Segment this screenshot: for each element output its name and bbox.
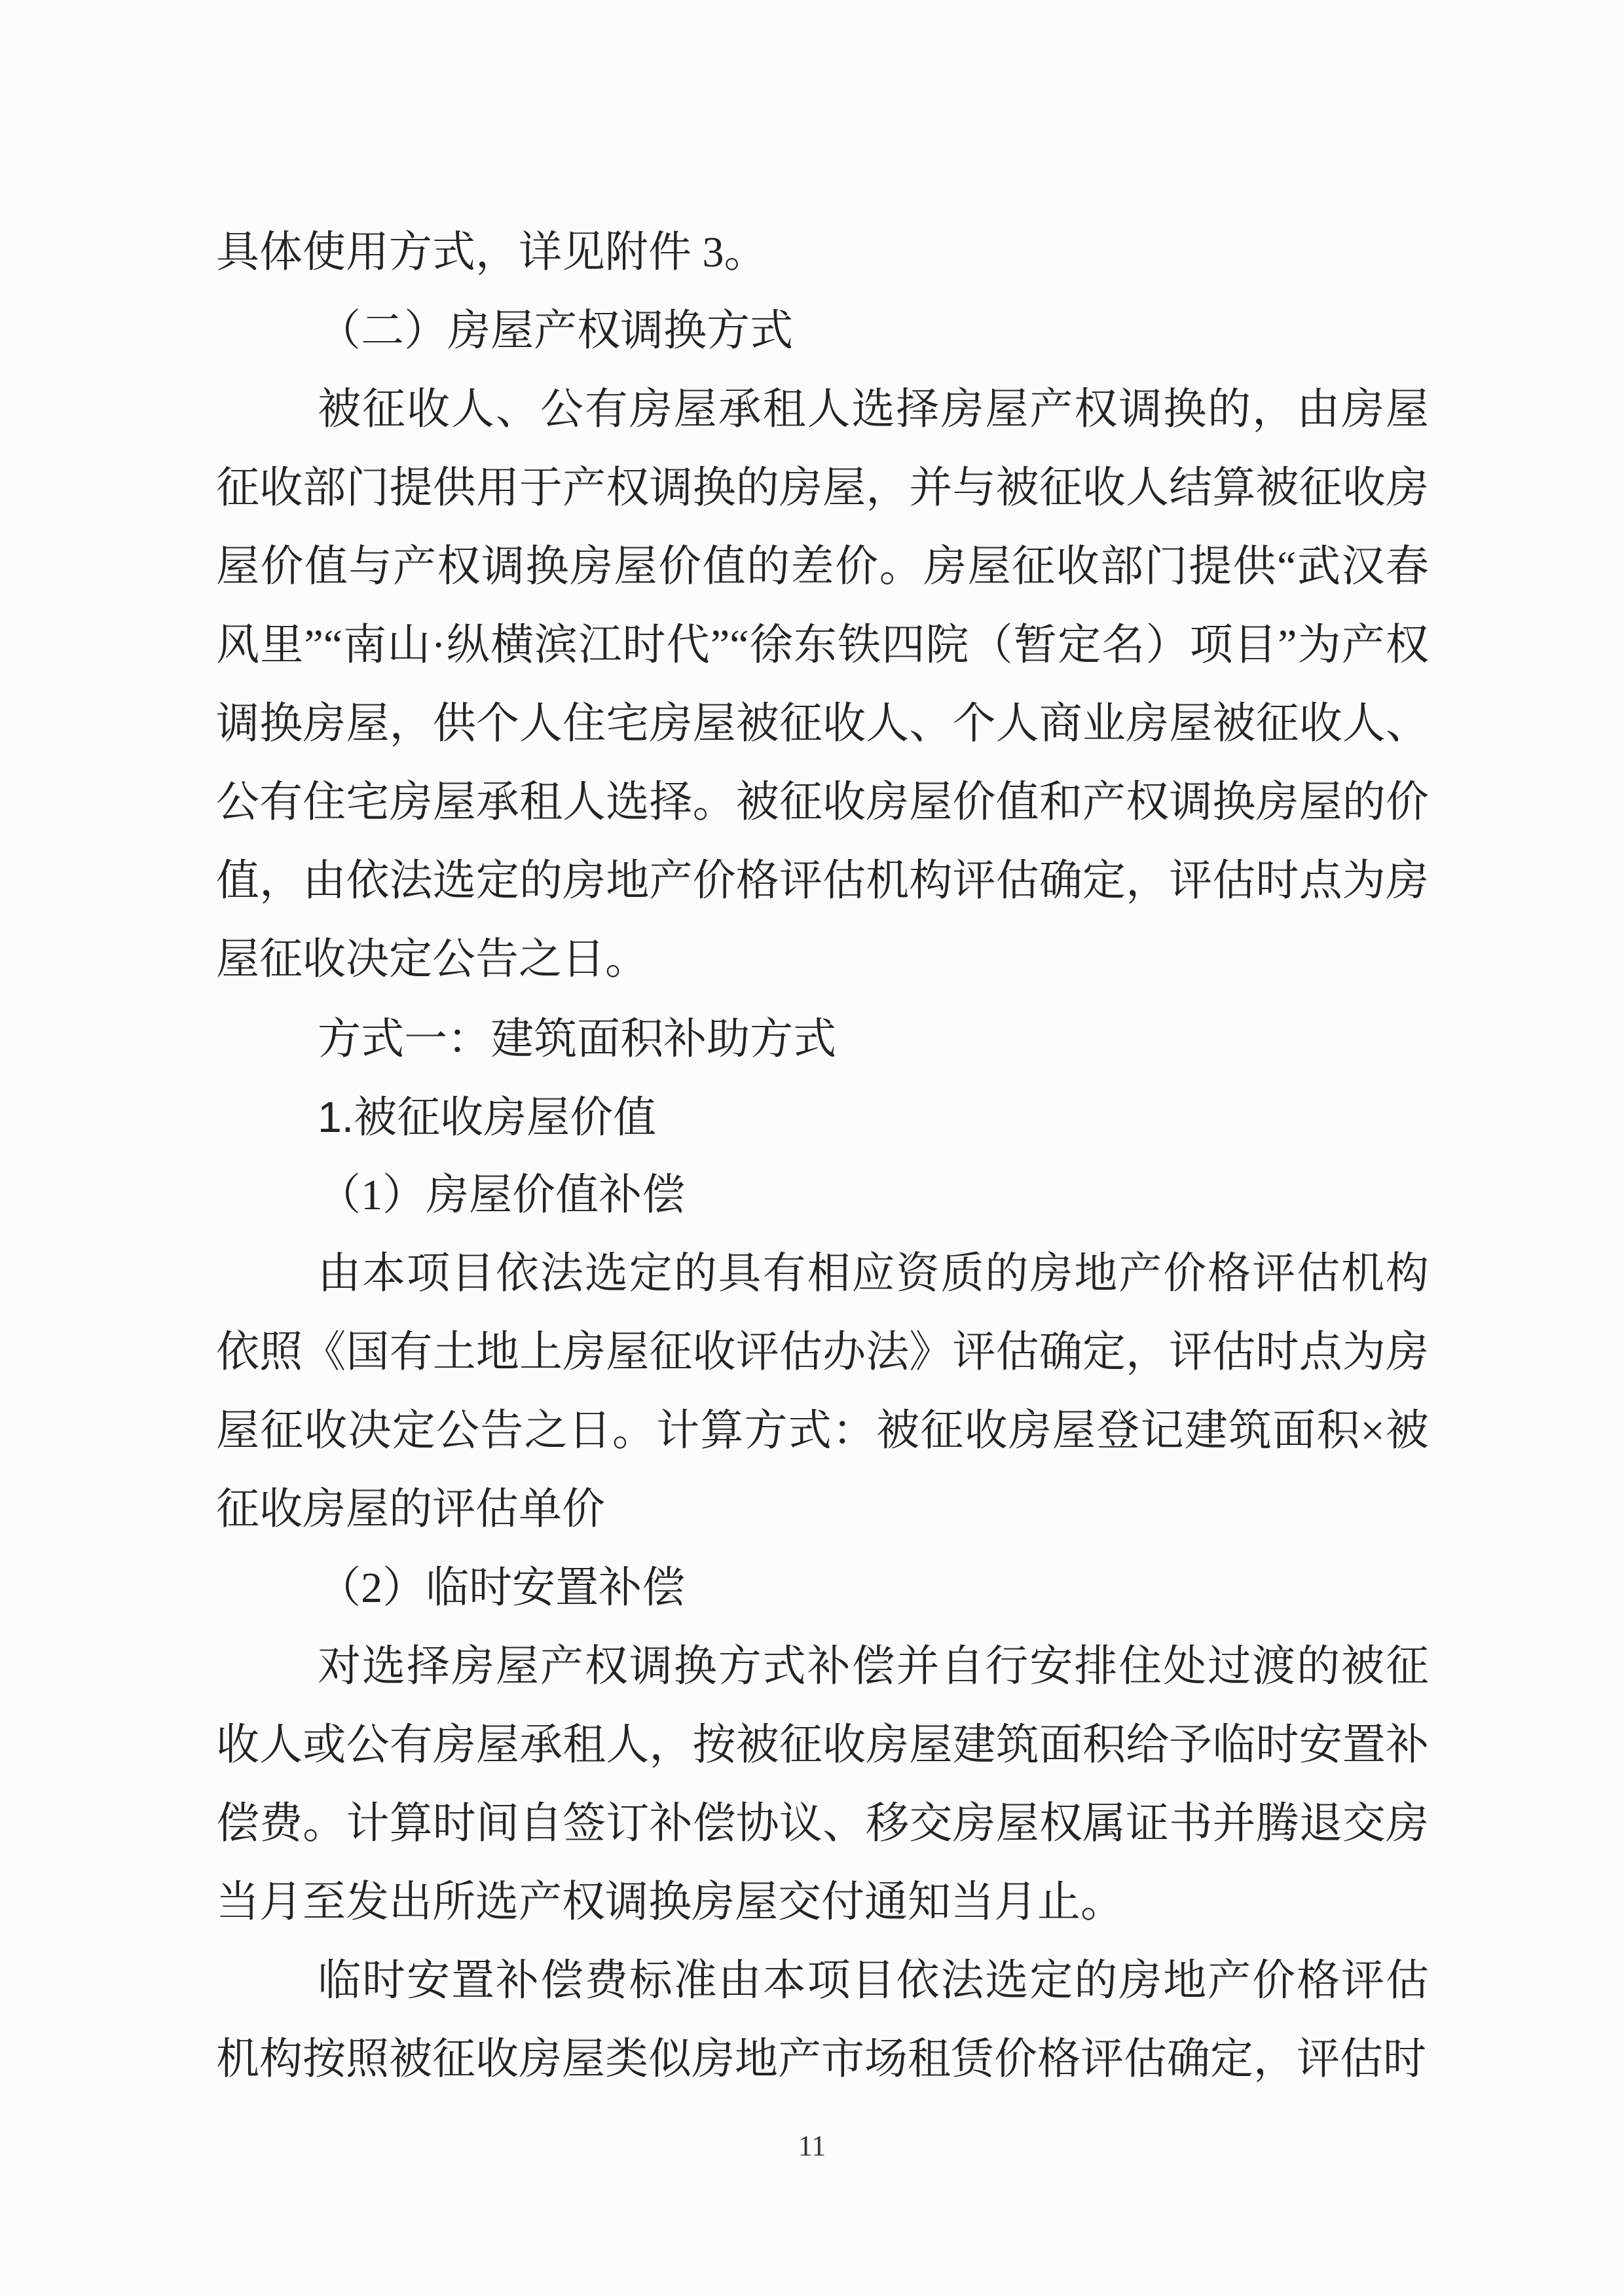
paragraph-continuation: 具体使用方式，详见附件 3。: [216, 213, 1429, 292]
document-page: 具体使用方式，详见附件 3。 （二）房屋产权调换方式 被征收人、公有房屋承租人选…: [0, 0, 1624, 2296]
method-one-heading: 方式一：建筑面积补助方式: [216, 999, 1429, 1078]
paragraph-resettlement-fee-standard: 临时安置补偿费标准由本项目依法选定的房地产价格评估机构按照被征收房屋类似房地产市…: [216, 1942, 1429, 2099]
paragraph-property-swap-intro: 被征收人、公有房屋承租人选择房屋产权调换的，由房屋征收部门提供用于产权调换的房屋…: [216, 371, 1429, 999]
document-body: 具体使用方式，详见附件 3。 （二）房屋产权调换方式 被征收人、公有房屋承租人选…: [216, 213, 1429, 2099]
paragraph-value-compensation: 由本项目依法选定的具有相应资质的房地产价格评估机构依照《国有土地上房屋征收评估办…: [216, 1235, 1429, 1549]
section-heading-property-swap: （二）房屋产权调换方式: [216, 292, 1429, 371]
item-heading-temporary-resettlement: （2）临时安置补偿: [216, 1549, 1429, 1628]
sub-heading-house-value: 1.被征收房屋价值: [216, 1078, 1429, 1156]
item-heading-value-compensation: （1）房屋价值补偿: [216, 1156, 1429, 1235]
paragraph-temporary-resettlement: 对选择房屋产权调换方式补偿并自行安排住处过渡的被征收人或公有房屋承租人，按被征收…: [216, 1628, 1429, 1942]
page-number: 11: [0, 2129, 1624, 2163]
